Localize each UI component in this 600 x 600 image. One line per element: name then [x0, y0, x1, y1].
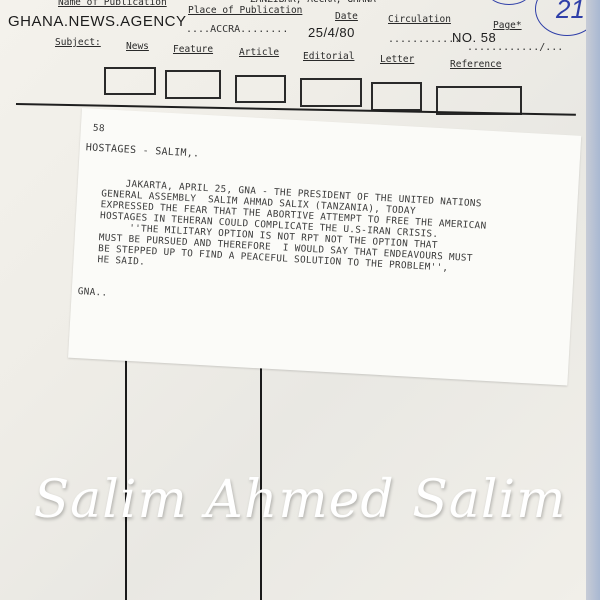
label-name-of-publication: Name of Publication	[58, 0, 167, 8]
column-rule-left	[125, 330, 127, 600]
label-date: Date	[335, 11, 358, 22]
clipping-body: JAKARTA, APRIL 25, GNA - THE PRESIDENT O…	[97, 177, 488, 286]
checkbox-news[interactable]	[104, 67, 156, 95]
clipping-slug: HOSTAGES - SALIM,.	[85, 142, 199, 159]
label-place-of-publication: Place of Publication	[188, 5, 302, 16]
archive-document-page: ZANZIBAR, ACCRA, GHANA Name of Publicati…	[0, 0, 586, 600]
scan-background-edge	[586, 0, 600, 600]
clipping-number: 58	[93, 123, 105, 135]
column-rule-right	[260, 338, 262, 600]
subject-label-feature: Feature	[173, 44, 213, 55]
label-page: Page*	[493, 20, 522, 31]
value-name-of-publication: GHANA.NEWS.AGENCY	[8, 13, 187, 30]
value-page-suffix: ............/...	[467, 42, 563, 53]
signature-watermark: Salim Ahmed Salim	[20, 470, 580, 530]
checkbox-letter[interactable]	[371, 82, 422, 111]
subject-label-article: Article	[239, 47, 279, 58]
subject-label-editorial: Editorial	[303, 51, 354, 62]
label-circulation: Circulation	[388, 14, 451, 25]
handwritten-number: 21	[556, 0, 585, 25]
checkbox-editorial[interactable]	[300, 78, 362, 107]
subject-label-news: News	[126, 41, 149, 52]
clipping-signoff: GNA..	[77, 286, 107, 299]
handwritten-circle-mark-2	[488, 0, 530, 5]
subject-label-letter: Letter	[380, 54, 414, 65]
checkbox-feature[interactable]	[165, 70, 221, 99]
subject-label-reference: Reference	[450, 59, 501, 70]
value-circulation: ............	[388, 34, 460, 45]
checkbox-article[interactable]	[235, 75, 286, 103]
value-place-of-publication: ....ACCRA........	[186, 24, 288, 35]
telex-clipping: 58 HOSTAGES - SALIM,. JAKARTA, APRIL 25,…	[68, 108, 581, 386]
label-subject: Subject:	[55, 37, 101, 48]
value-date: 25/4/80	[308, 25, 355, 40]
